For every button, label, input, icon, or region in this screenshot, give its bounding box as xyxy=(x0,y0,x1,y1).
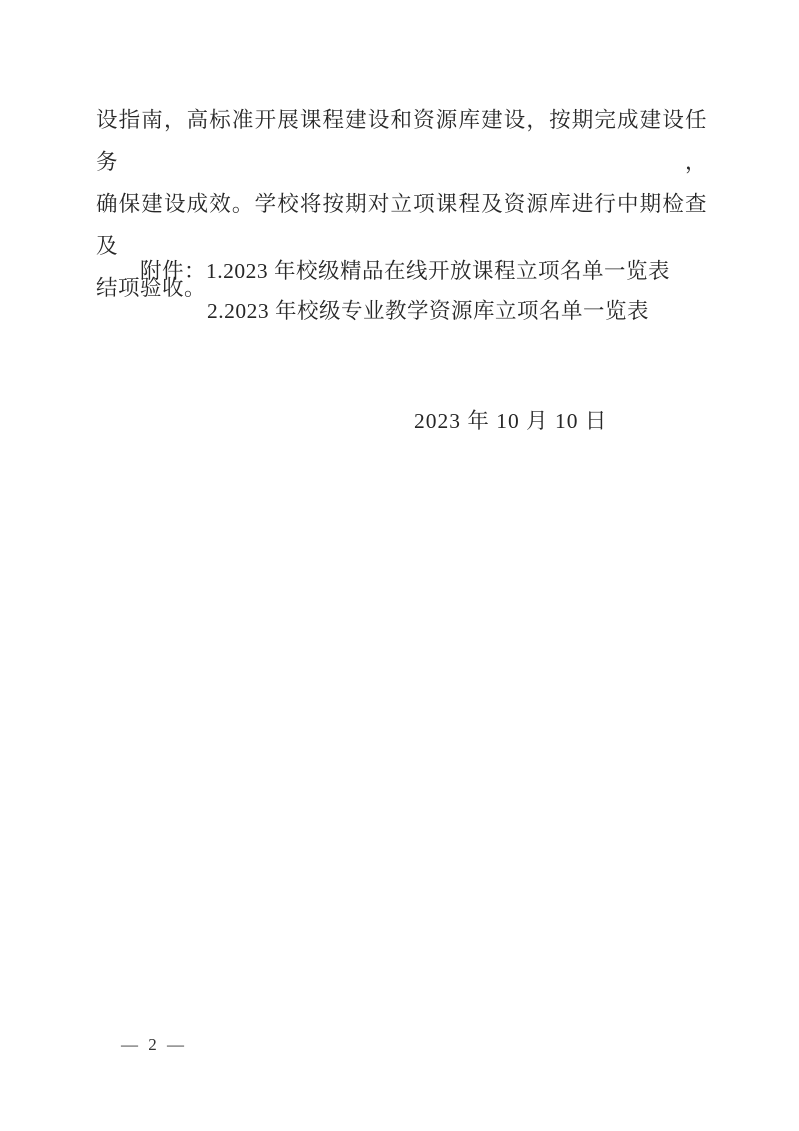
attachment-item-1: 附件：1.2023 年校级精品在线开放课程立项名单一览表 xyxy=(140,251,670,291)
attachment-item-2: 2.2023 年校级专业教学资源库立项名单一览表 xyxy=(140,291,670,331)
page-number: — 2 — xyxy=(121,1034,187,1056)
paragraph-line-1: 设指南，高标准开展课程建设和资源库建设，按期完成建设任务， xyxy=(96,99,707,183)
document-date: 2023 年 10 月 10 日 xyxy=(414,408,607,434)
document-page: 设指南，高标准开展课程建设和资源库建设，按期完成建设任务， 确保建设成效。学校将… xyxy=(0,0,799,1131)
attachment-list: 附件：1.2023 年校级精品在线开放课程立项名单一览表 2.2023 年校级专… xyxy=(140,251,670,331)
